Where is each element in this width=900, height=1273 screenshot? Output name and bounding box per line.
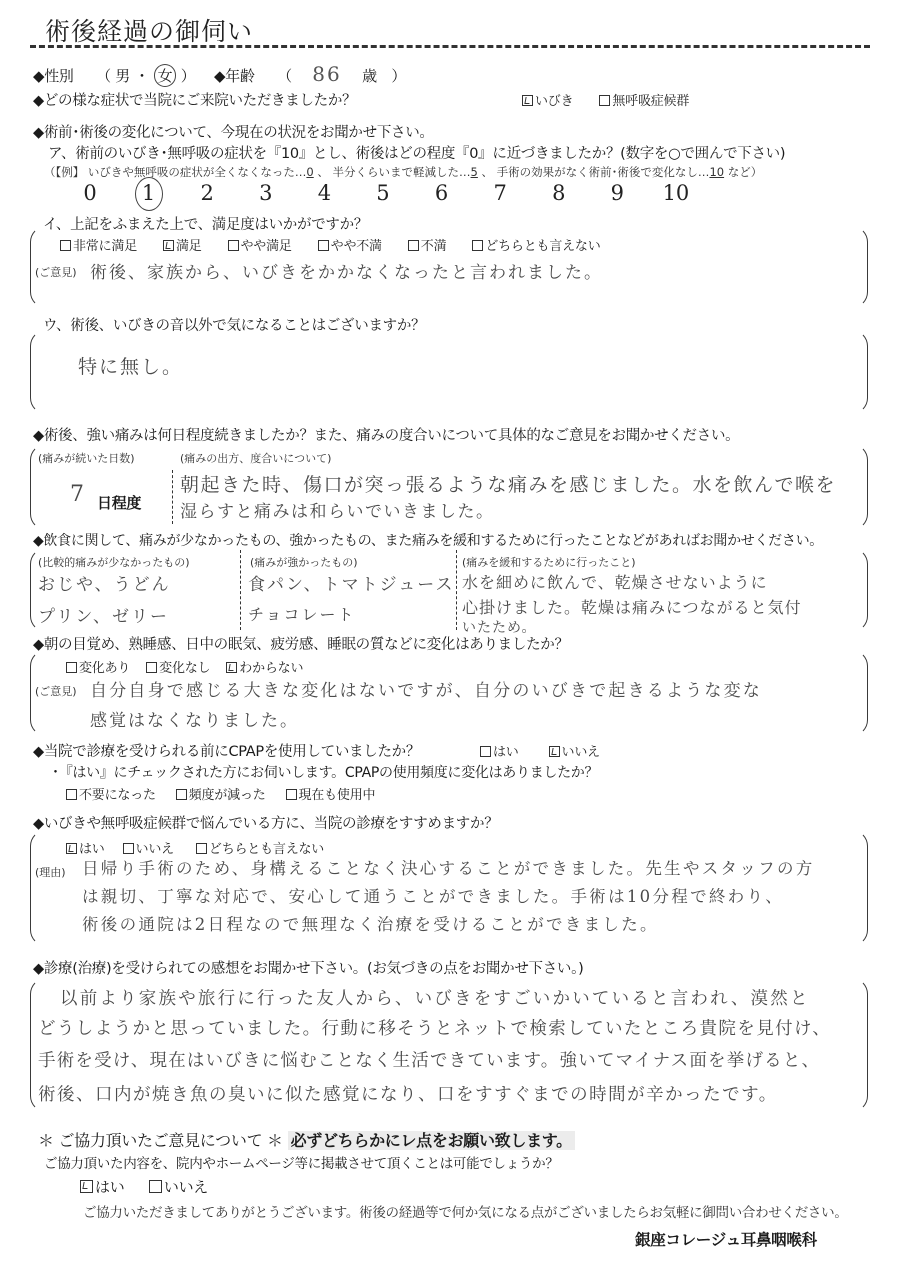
checkbox-checked-icon[interactable] [226,662,237,673]
other-concerns-question: ウ、術後、いびきの音以外で気になることはございますか？ [43,314,425,335]
food-strong-label: (痛みが強かったもの) [250,554,358,570]
scale-option[interactable]: 3 [249,181,283,205]
age-value[interactable]: 86 [312,62,341,86]
symptoms-options: いびき 無呼吸症候群 [522,90,711,109]
dashed-divider [172,470,173,524]
checkbox-checked-icon[interactable] [66,843,77,854]
cpap-followup-options: 不要になった 頻度が減った 現在も使用中 [66,784,397,803]
title-divider [30,45,870,48]
cpap-options: はい いいえ [480,741,622,760]
sleep-options: 変化あり 変化なし わからない [66,657,325,676]
cpap-question: ◆当院で診療を受けられる前にCPAPを使用していましたか？ [33,740,420,761]
bracket-right [852,830,868,946]
checkbox-checked-icon[interactable] [163,240,174,251]
thanks-message: ご協力いただきましてありがとうございます。術後の経過等で何か気になる点がございま… [83,1201,848,1221]
scale-option-selected[interactable]: 1 [132,181,166,205]
food-strong-line[interactable]: チョコレート [248,602,356,625]
scale-option[interactable]: 7 [483,181,517,205]
cpap-option[interactable]: はい [480,741,519,760]
checkbox-checked-icon[interactable] [549,746,560,757]
cpap-followup-option[interactable]: 不要になった [66,784,156,803]
bracket-right [852,226,868,308]
cpap-option-selected[interactable]: いいえ [549,741,600,760]
impressions-line[interactable]: 以前より家族や旅行に行った友人から、いびきをすごいかいていると言われ、漠然と [60,985,810,1010]
consent-note: ＊ ご協力頂いたご意見について ＊ 必ずどちらかにレ点をお願い致します。 [38,1128,575,1151]
satisfaction-option-selected[interactable]: 満足 [163,235,202,254]
dashed-divider [456,550,457,630]
satisfaction-option[interactable]: 不満 [408,235,447,254]
form-title: 術後経過の御伺い [45,12,253,48]
pain-detail-line[interactable]: 朝起きた時、傷口が突っ張るような痛みを感じました。水を飲んで喉を [180,470,836,497]
sleep-opinion-line[interactable]: 自分自身で感じる大きな変化はないですが、自分のいびきで起きるような変な [90,676,762,701]
bracket-right [852,444,868,530]
checkbox-icon[interactable] [472,240,483,251]
sleep-opinion-label: (ご意見) [35,683,77,699]
checkbox-icon[interactable] [286,789,297,800]
pain-detail-line[interactable]: 湿らすと痛みは和らいでいきました。 [180,497,495,522]
bracket-right [852,650,868,736]
recommend-reason-label: (理由) [35,864,66,880]
consent-note-emphasis: 必ずどちらかにレ点をお願い致します。 [288,1131,575,1150]
satisfaction-option[interactable]: やや満足 [228,235,292,254]
recommend-reason-line[interactable]: 術後の通院は2日程なので無理なく治療を受けることができました。 [82,911,659,935]
checkbox-icon[interactable] [66,789,77,800]
sleep-option-selected[interactable]: わからない [226,657,303,676]
scale-option[interactable]: 0 [73,181,107,205]
food-less-line[interactable]: プリン、ゼリー [38,602,169,627]
recommend-reason-line[interactable]: 日帰り手術のため、身構えることなく決心することができました。先生やスタッフの方 [82,855,815,879]
satisfaction-opinion[interactable]: 術後、家族から、いびきをかかなくなったと言われました。 [90,258,603,283]
recommend-question: ◆いびきや無呼吸症候群で悩んでいる方に、当院の診療をすすめますか？ [33,812,498,833]
checkbox-icon[interactable] [123,843,134,854]
bracket-right [852,330,868,414]
cpap-followup-question: ･『はい』にチェックされた方にお伺いします。CPAPの使用頻度に変化はありました… [52,762,598,782]
gender-label: ◆性別 [33,67,74,85]
scale-option[interactable]: 9 [600,181,634,205]
food-relief-line[interactable]: 心掛けました。乾燥は痛みにつながると気付 [462,595,802,618]
pain-days-value[interactable]: 7 [70,482,86,507]
impressions-line[interactable]: 術後、口内が焼き魚の臭いに似た感覚になり、口をすすぐまでの時間が辛かったです。 [38,1081,778,1106]
impressions-line[interactable]: 手術を受け、現在はいびきに悩むことなく生活できています。強いてマイナス面を挙げる… [38,1047,820,1072]
cpap-followup-option[interactable]: 現在も使用中 [286,784,376,803]
pain-question: ◆術後、強い痛みは何日程度続きましたか？また、痛みの度合いについて具体的なご意見… [33,424,739,445]
age-label: ◆年齢 [214,67,255,85]
symptom-apnea-option[interactable]: 無呼吸症候群 [599,90,689,109]
checkbox-checked-icon[interactable] [522,95,533,106]
clinic-name: 銀座コレージュ耳鼻咽喉科 [635,1228,817,1250]
checkbox-icon[interactable] [408,240,419,251]
impressions-line[interactable]: どうしようかと思っていました。行動に移そうとネットで検索していたところ貴院を見付… [38,1015,831,1040]
food-less-line[interactable]: おじや、うどん [38,570,171,595]
checkbox-checked-icon[interactable] [80,1180,93,1193]
other-concerns-answer[interactable]: 特に無し。 [78,352,183,379]
consent-option[interactable]: いいえ [149,1176,208,1197]
scale-option[interactable]: 4 [307,181,341,205]
food-relief-line[interactable]: 水を細めに飲んで、乾燥させないように [462,570,768,593]
bracket-right [852,548,868,632]
checkbox-icon[interactable] [318,240,329,251]
symptoms-question: ◆どの様な症状で当院にご来院いただきましたか？ [33,89,356,110]
satisfaction-option[interactable]: 非常に満足 [60,235,137,254]
checkbox-icon[interactable] [176,789,187,800]
pain-days-label: (痛みが続いた日数) [38,450,135,466]
checkbox-icon[interactable] [228,240,239,251]
pain-detail-label: (痛みの出方、度合いについて) [180,450,331,466]
checkbox-icon[interactable] [60,240,71,251]
consent-options: はい いいえ [80,1176,230,1197]
bracket-right [852,978,868,1112]
bracket-left [30,330,46,414]
scale-option[interactable]: 5 [366,181,400,205]
bracket-left [30,830,46,946]
checkbox-icon[interactable] [599,95,610,106]
sleep-question: ◆朝の目覚め、熟睡感、日中の眠気、疲労感、睡眠の質などに変化はありましたか？ [33,633,569,654]
scale-option[interactable]: 10 [659,181,693,205]
satisfaction-option[interactable]: やや不満 [318,235,382,254]
change-question: ◆術前･術後の変化について、今現在の状況をお聞かせ下さい。 [33,121,434,142]
food-relief-label: (痛みを緩和するために行ったこと) [462,554,636,570]
satisfaction-opinion-label: (ご意見) [35,264,77,280]
change-scale: 0 1 2 3 4 5 6 7 8 9 10 [73,181,693,205]
scale-option[interactable]: 2 [190,181,224,205]
impressions-question: ◆診療(治療)を受けられての感想をお聞かせ下さい。(お気づきの点をお聞かせ下さい… [33,957,583,978]
change-sub-question-a: ア、術前のいびき･無呼吸の症状を『10』とし、術後はどの程度『0』に近づきました… [48,142,785,163]
sleep-option[interactable]: 変化あり [66,657,130,676]
symptom-snoring-option[interactable]: いびき [522,90,573,109]
checkbox-icon[interactable] [196,843,207,854]
checkbox-icon[interactable] [480,746,491,757]
satisfaction-option[interactable]: どちらとも言えない [472,235,600,254]
pain-days-unit: 日程度 [97,492,141,513]
gender-option-female-selected[interactable]: 女 [154,64,177,87]
profile-row: ◆性別 （ 男 ・ 女 ） ◆年齢 （ 86 歳 ） [33,62,406,87]
satisfaction-question: イ、上記をふまえた上で、満足度はいかがですか？ [43,213,368,234]
checkbox-icon[interactable] [149,1180,162,1193]
checkbox-icon[interactable] [66,662,77,673]
food-strong-line[interactable]: 食パン、トマトジュース [248,570,454,595]
cpap-followup-option[interactable]: 頻度が減った [176,784,266,803]
checkbox-icon[interactable] [146,662,157,673]
gender-option-male[interactable]: 男 [115,67,130,85]
food-question: ◆飲食に関して、痛みが少なかったもの、強かったもの、また痛みを緩和するために行っ… [33,530,823,550]
food-less-label: (比較的痛みが少なかったもの) [38,554,190,570]
satisfaction-options: 非常に満足 満足 やや満足 やや不満 不満 どちらとも言えない [60,235,623,254]
scale-option[interactable]: 8 [542,181,576,205]
dashed-divider [240,550,241,630]
recommend-reason-line[interactable]: は親切、丁寧な対応で、安心して通うことができました。手術は10分程で終わり、 [82,883,784,907]
consent-question: ご協力頂いた内容を、院内やホームページ等に掲載させて頂くことは可能でしょうか？ [44,1152,559,1172]
sleep-option[interactable]: 変化なし [146,657,210,676]
consent-option-selected[interactable]: はい [80,1176,124,1197]
scale-option[interactable]: 6 [425,181,459,205]
sleep-opinion-line[interactable]: 感覚はなくなりました。 [90,706,299,731]
